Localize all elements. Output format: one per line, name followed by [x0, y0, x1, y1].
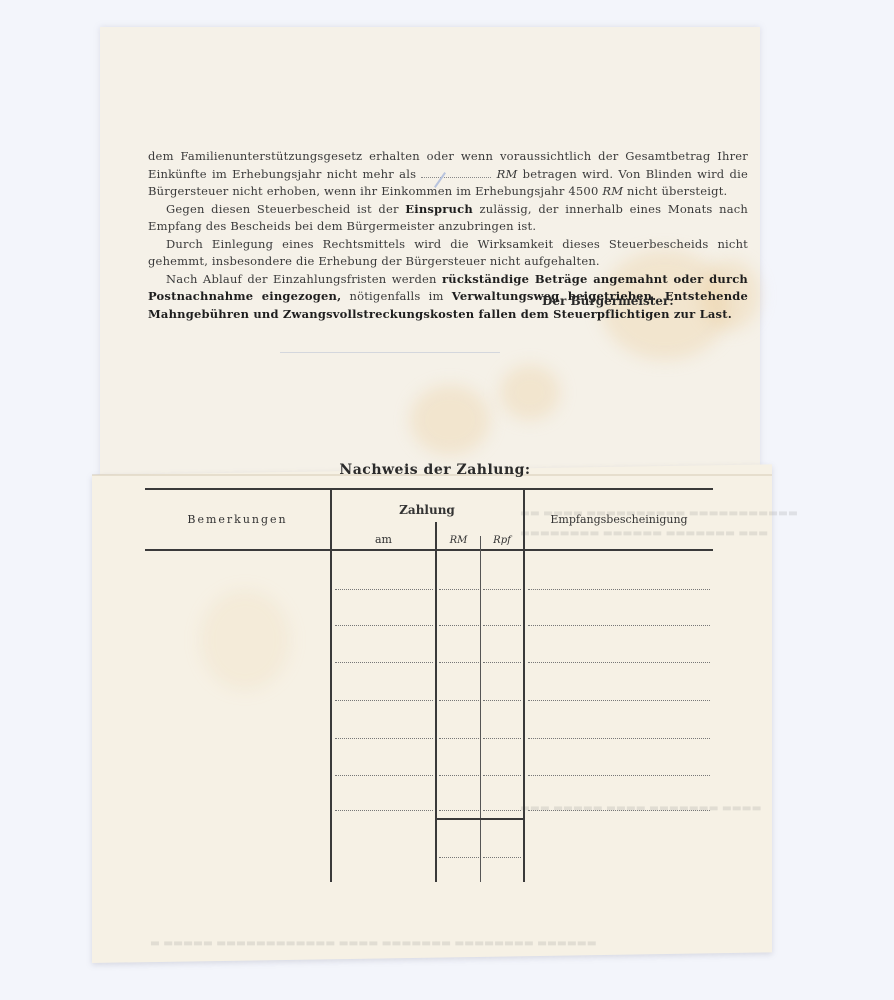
- table-row-entry-line: [439, 775, 479, 776]
- table-row-entry-line: [439, 810, 479, 811]
- paragraph-objection: Gegen diesen Steuerbescheid ist der Eins…: [148, 201, 748, 236]
- header-reichsmark: RM: [437, 535, 480, 546]
- table-row-entry-line: [528, 625, 710, 626]
- mayor-signature-label: Der Bürgermeister:: [542, 294, 674, 308]
- table-row-entry-line: [483, 589, 521, 590]
- document-scan: ▬▬ ▬▬▬▬ ▬▬▬▬▬▬▬▬▬▬ ▬▬▬▬▬▬▬▬▬▬▬ ▬▬▬▬▬▬▬▬ …: [0, 0, 894, 1000]
- table-row-entry-line: [528, 738, 710, 739]
- header-reichspfennig: Rpf: [481, 535, 523, 546]
- table-row-entry-line: [483, 738, 521, 739]
- header-remarks: Bemerkungen: [150, 513, 325, 526]
- table-top-rule: [145, 488, 713, 490]
- table-row-entry-line: [483, 775, 521, 776]
- header-payment: Zahlung: [332, 503, 522, 517]
- water-stain: [200, 590, 290, 690]
- paragraph-eligibility: dem Familienunterstützungsgesetz erhalte…: [148, 148, 748, 201]
- table-row-entry-line: [483, 625, 521, 626]
- water-stain: [410, 385, 490, 455]
- table-row-entry-line: [483, 857, 521, 858]
- table-row-entry-line: [439, 662, 479, 663]
- table-row-entry-line: [528, 662, 710, 663]
- header-date: am: [332, 533, 435, 546]
- table-row-entry-line: [439, 700, 479, 701]
- header-receipt: Empfangsbescheinigung: [525, 513, 713, 526]
- table-row-entry-line: [335, 700, 433, 701]
- table-row-entry-line: [335, 810, 433, 811]
- table-row-entry-line: [439, 738, 479, 739]
- table-row-entry-line: [439, 625, 479, 626]
- payment-table-title: Nachweis der Zahlung:: [200, 462, 670, 478]
- paragraph-legal-remedy: Durch Einlegung eines Rechtsmittels wird…: [148, 236, 748, 271]
- table-row-entry-line: [528, 810, 710, 811]
- column-divider: [523, 490, 525, 882]
- table-row-entry-line: [483, 700, 521, 701]
- table-row-entry-line: [528, 775, 710, 776]
- signature-line: [280, 352, 500, 353]
- column-divider: [435, 522, 437, 882]
- table-row-entry-line: [335, 589, 433, 590]
- table-row-entry-line: [439, 589, 479, 590]
- table-row-entry-line: [483, 810, 521, 811]
- column-divider: [480, 536, 481, 882]
- table-row-entry-line: [335, 775, 433, 776]
- amount-blank-field: [421, 177, 491, 178]
- table-row-entry-line: [528, 589, 710, 590]
- table-row-entry-line: [439, 857, 479, 858]
- table-row-entry-line: [335, 625, 433, 626]
- table-row-entry-line: [483, 662, 521, 663]
- water-stain: [500, 365, 560, 420]
- table-row-entry-line: [528, 700, 710, 701]
- column-divider: [330, 490, 332, 882]
- table-header-rule: [145, 549, 713, 551]
- table-row-entry-line: [335, 662, 433, 663]
- sum-rule: [437, 818, 523, 820]
- table-row-entry-line: [335, 738, 433, 739]
